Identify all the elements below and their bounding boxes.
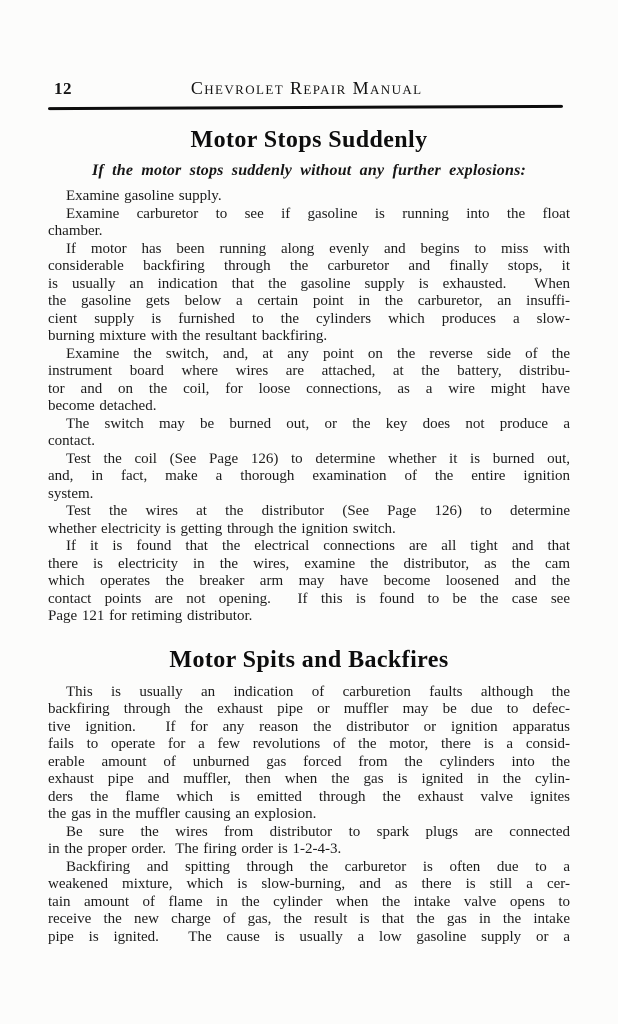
text-line: Test the wires at the distributor (See P…: [48, 503, 570, 521]
text-line: whether electricity is getting through t…: [48, 521, 570, 539]
paragraph: Examine gasoline supply.: [48, 188, 570, 206]
paragraph: Test the wires at the distributor (See P…: [48, 503, 570, 538]
text-line: in the proper order. The firing order is…: [48, 841, 570, 859]
paragraph: Backfiring and spitting through the carb…: [48, 859, 570, 947]
section-motor-stops-suddenly: Motor Stops Suddenly If the motor stops …: [48, 126, 570, 626]
text-line: weakened mixture, which is slow-burning,…: [48, 876, 570, 894]
text-line: become detached.: [48, 398, 570, 416]
text-line: is usually an indication that the gasoli…: [48, 276, 570, 294]
text-line: Be sure the wires from distributor to sp…: [48, 824, 570, 842]
text-line: and, in fact, make a thorough examinatio…: [48, 468, 570, 486]
text-line: chamber.: [48, 223, 570, 241]
paragraph: If it is found that the electrical conne…: [48, 538, 570, 626]
paragraph: Test the coil (See Page 126) to determin…: [48, 451, 570, 504]
paragraph: If motor has been running along evenly a…: [48, 241, 570, 346]
section-paragraphs: This is usually an indication of carbure…: [48, 684, 570, 947]
paragraph: Examine the switch, and, at any point on…: [48, 346, 570, 416]
paragraph: This is usually an indication of carbure…: [48, 684, 570, 824]
text-line: the gasoline gets below a certain point …: [48, 293, 570, 311]
paragraph: Examine carburetor to see if gasoline is…: [48, 206, 570, 241]
text-line: Test the coil (See Page 126) to determin…: [48, 451, 570, 469]
section-motor-spits-and-backfires: Motor Spits and Backfires This is usuall…: [48, 646, 570, 947]
text-line: pipe is ignited. The cause is usually a …: [48, 929, 570, 947]
text-line: burning mixture with the resultant backf…: [48, 328, 570, 346]
text-line: If it is found that the electrical conne…: [48, 538, 570, 556]
text-line: Examine gasoline supply.: [48, 188, 570, 206]
paragraph: Be sure the wires from distributor to sp…: [48, 824, 570, 859]
text-line: fails to operate for a few revolutions o…: [48, 736, 570, 754]
text-line: erable amount of unburned gas forced fro…: [48, 754, 570, 772]
paragraph: The switch may be burned out, or the key…: [48, 416, 570, 451]
text-line: which operates the breaker arm may have …: [48, 573, 570, 591]
page-content: Motor Stops Suddenly If the motor stops …: [48, 124, 570, 946]
text-line: considerable backfiring through the carb…: [48, 258, 570, 276]
text-line: tain amount of flame in the cylinder whe…: [48, 894, 570, 912]
text-line: the gas in the muffler causing an explos…: [48, 806, 570, 824]
text-line: there is electricity in the wires, exami…: [48, 556, 570, 574]
text-line: Examine the switch, and, at any point on…: [48, 346, 570, 364]
section-heading: Motor Spits and Backfires: [48, 646, 570, 674]
text-line: receive the new charge of gas, the resul…: [48, 911, 570, 929]
manual-page: 12 Chevrolet Repair Manual Motor Stops S…: [0, 0, 618, 1024]
text-line: contact.: [48, 433, 570, 451]
text-line: ders the flame which is emitted through …: [48, 789, 570, 807]
section-paragraphs: Examine gasoline supply.Examine carburet…: [48, 188, 570, 626]
text-line: tive ignition. If for any reason the dis…: [48, 719, 570, 737]
text-line: tor and on the coil, for loose connectio…: [48, 381, 570, 399]
section-heading: Motor Stops Suddenly: [48, 126, 570, 154]
page-number: 12: [54, 79, 72, 99]
text-line: instrument board where wires are attache…: [48, 363, 570, 381]
text-line: If motor has been running along evenly a…: [48, 241, 570, 259]
section-subtitle: If the motor stops suddenly without any …: [48, 161, 570, 181]
text-line: Backfiring and spitting through the carb…: [48, 859, 570, 877]
text-line: Examine carburetor to see if gasoline is…: [48, 206, 570, 224]
header-rule: [48, 105, 563, 110]
text-line: This is usually an indication of carbure…: [48, 684, 570, 702]
page-header: 12 Chevrolet Repair Manual: [48, 78, 570, 102]
text-line: cient supply is furnished to the cylinde…: [48, 311, 570, 329]
text-line: The switch may be burned out, or the key…: [48, 416, 570, 434]
text-line: exhaust pipe and muffler, then when the …: [48, 771, 570, 789]
text-line: system.: [48, 486, 570, 504]
text-line: contact points are not opening. If this …: [48, 591, 570, 609]
text-line: Page 121 for retiming distributor.: [48, 608, 570, 626]
header-title: Chevrolet Repair Manual: [191, 78, 423, 99]
text-line: backfiring through the exhaust pipe or m…: [48, 701, 570, 719]
